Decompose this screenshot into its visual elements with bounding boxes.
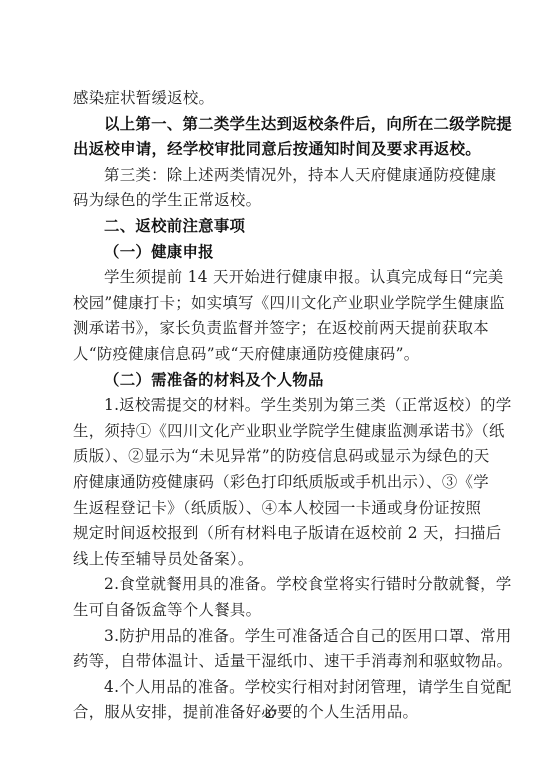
- text-line: 人“防疫健康信息码”或“天府健康通防疫健康码”。: [73, 341, 473, 367]
- text-line: 第三类：除上述两类情况外，持本人天府健康通防疫健康: [104, 162, 473, 188]
- text-line: 校园”健康打卡；如实填写《四川文化产业职业学院学生健康监: [73, 290, 473, 316]
- text-line: 测承诺书》，家长负责监督并签字；在返校前两天提前获取本: [73, 315, 473, 341]
- text-line: 生可自备饭盒等个人餐具。: [73, 597, 473, 623]
- text-line: 线上传至辅导员处备案）。: [73, 546, 473, 572]
- text-line: 1.返校需提交的材料。学生类别为第三类（正常返校）的学: [104, 392, 473, 418]
- text-line: 生返程登记卡》（纸质版）、④本人校园一卡通或身份证按照: [73, 495, 473, 521]
- text-line: 3.防护用品的准备。学生可准备适合自己的医用口罩、常用: [104, 623, 473, 649]
- bold-text-line: 出返校申请，经学校审批同意后按通知时间及要求再返校。: [73, 136, 473, 162]
- text-line: 4.个人用品的准备。学校实行相对封闭管理，请学生自觉配: [104, 674, 473, 700]
- section-heading: 二、返校前注意事项: [104, 213, 473, 239]
- text-line: 码为绿色的学生正常返校。: [73, 187, 473, 213]
- page-number: 37: [0, 706, 542, 721]
- text-line: 生，须持①《四川文化产业职业学院学生健康监测承诺书》（纸: [73, 418, 473, 444]
- text-line: 质版）、②显示为“未见异常”的防疫信息码或显示为绿色的天: [73, 443, 473, 469]
- bold-text-line: 以上第一、第二类学生达到返校条件后，向所在二级学院提: [104, 111, 473, 137]
- text-line: 感染症状暂缓返校。: [73, 85, 473, 111]
- bold-text-line: （二）需准备的材料及个人物品: [104, 367, 473, 393]
- text-line: 药等，自带体温计、适量干湿纸巾、速干手消毒剂和驱蚊物品。: [73, 648, 473, 674]
- text-line: 学生须提前 14 天开始进行健康申报。认真完成每日“完美: [104, 264, 473, 290]
- text-line: 规定时间返校报到（所有材料电子版请在返校前 2 天，扫描后: [73, 520, 473, 546]
- document-page: 感染症状暂缓返校。以上第一、第二类学生达到返校条件后，向所在二级学院提出返校申请…: [0, 0, 542, 768]
- text-line: 2.食堂就餐用具的准备。学校食堂将实行错时分散就餐，学: [104, 571, 473, 597]
- text-line: 府健康通防疫健康码（彩色打印纸质版或手机出示）、③《学: [73, 469, 473, 495]
- bold-text-line: （一）健康申报: [104, 239, 473, 265]
